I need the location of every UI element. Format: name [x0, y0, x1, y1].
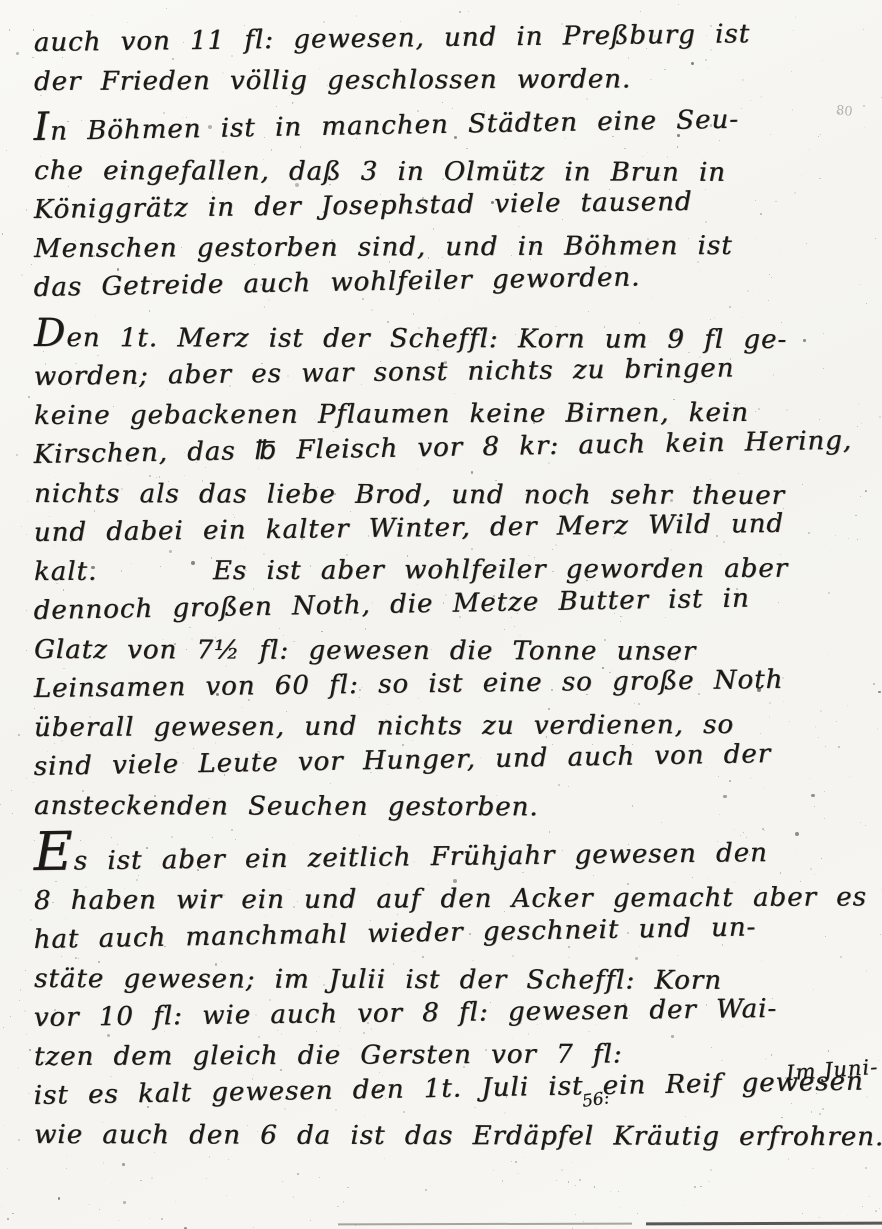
manuscript-line: der Frieden völlig geschlossen worden.	[34, 59, 858, 102]
manuscript-line: wie auch den 6 da ist das Erdäpfel Kräut…	[34, 1116, 858, 1157]
manuscript-text: auch von 11 fl: gewesen, und in Preßburg…	[34, 24, 858, 1155]
margin-note: Im Juni-	[785, 1055, 879, 1085]
manuscript-line: In Böhmen ist in manchen Städten eine Se…	[33, 99, 858, 152]
manuscript-line: ansteckenden Seuchen gestorben.	[34, 787, 858, 828]
scan-artifact-line	[338, 1223, 632, 1226]
manuscript-line: auch von 11 fl: gewesen, und in Preßburg…	[34, 14, 858, 63]
manuscript-line: Es ist aber ein zeitlich Frühjahr gewese…	[33, 827, 857, 882]
page-number-mark: 80	[835, 103, 853, 120]
interline-note: 56:	[581, 1088, 611, 1112]
manuscript-page: auch von 11 fl: gewesen, und in Preßburg…	[0, 0, 882, 1229]
scan-artifact-line	[646, 1222, 882, 1226]
